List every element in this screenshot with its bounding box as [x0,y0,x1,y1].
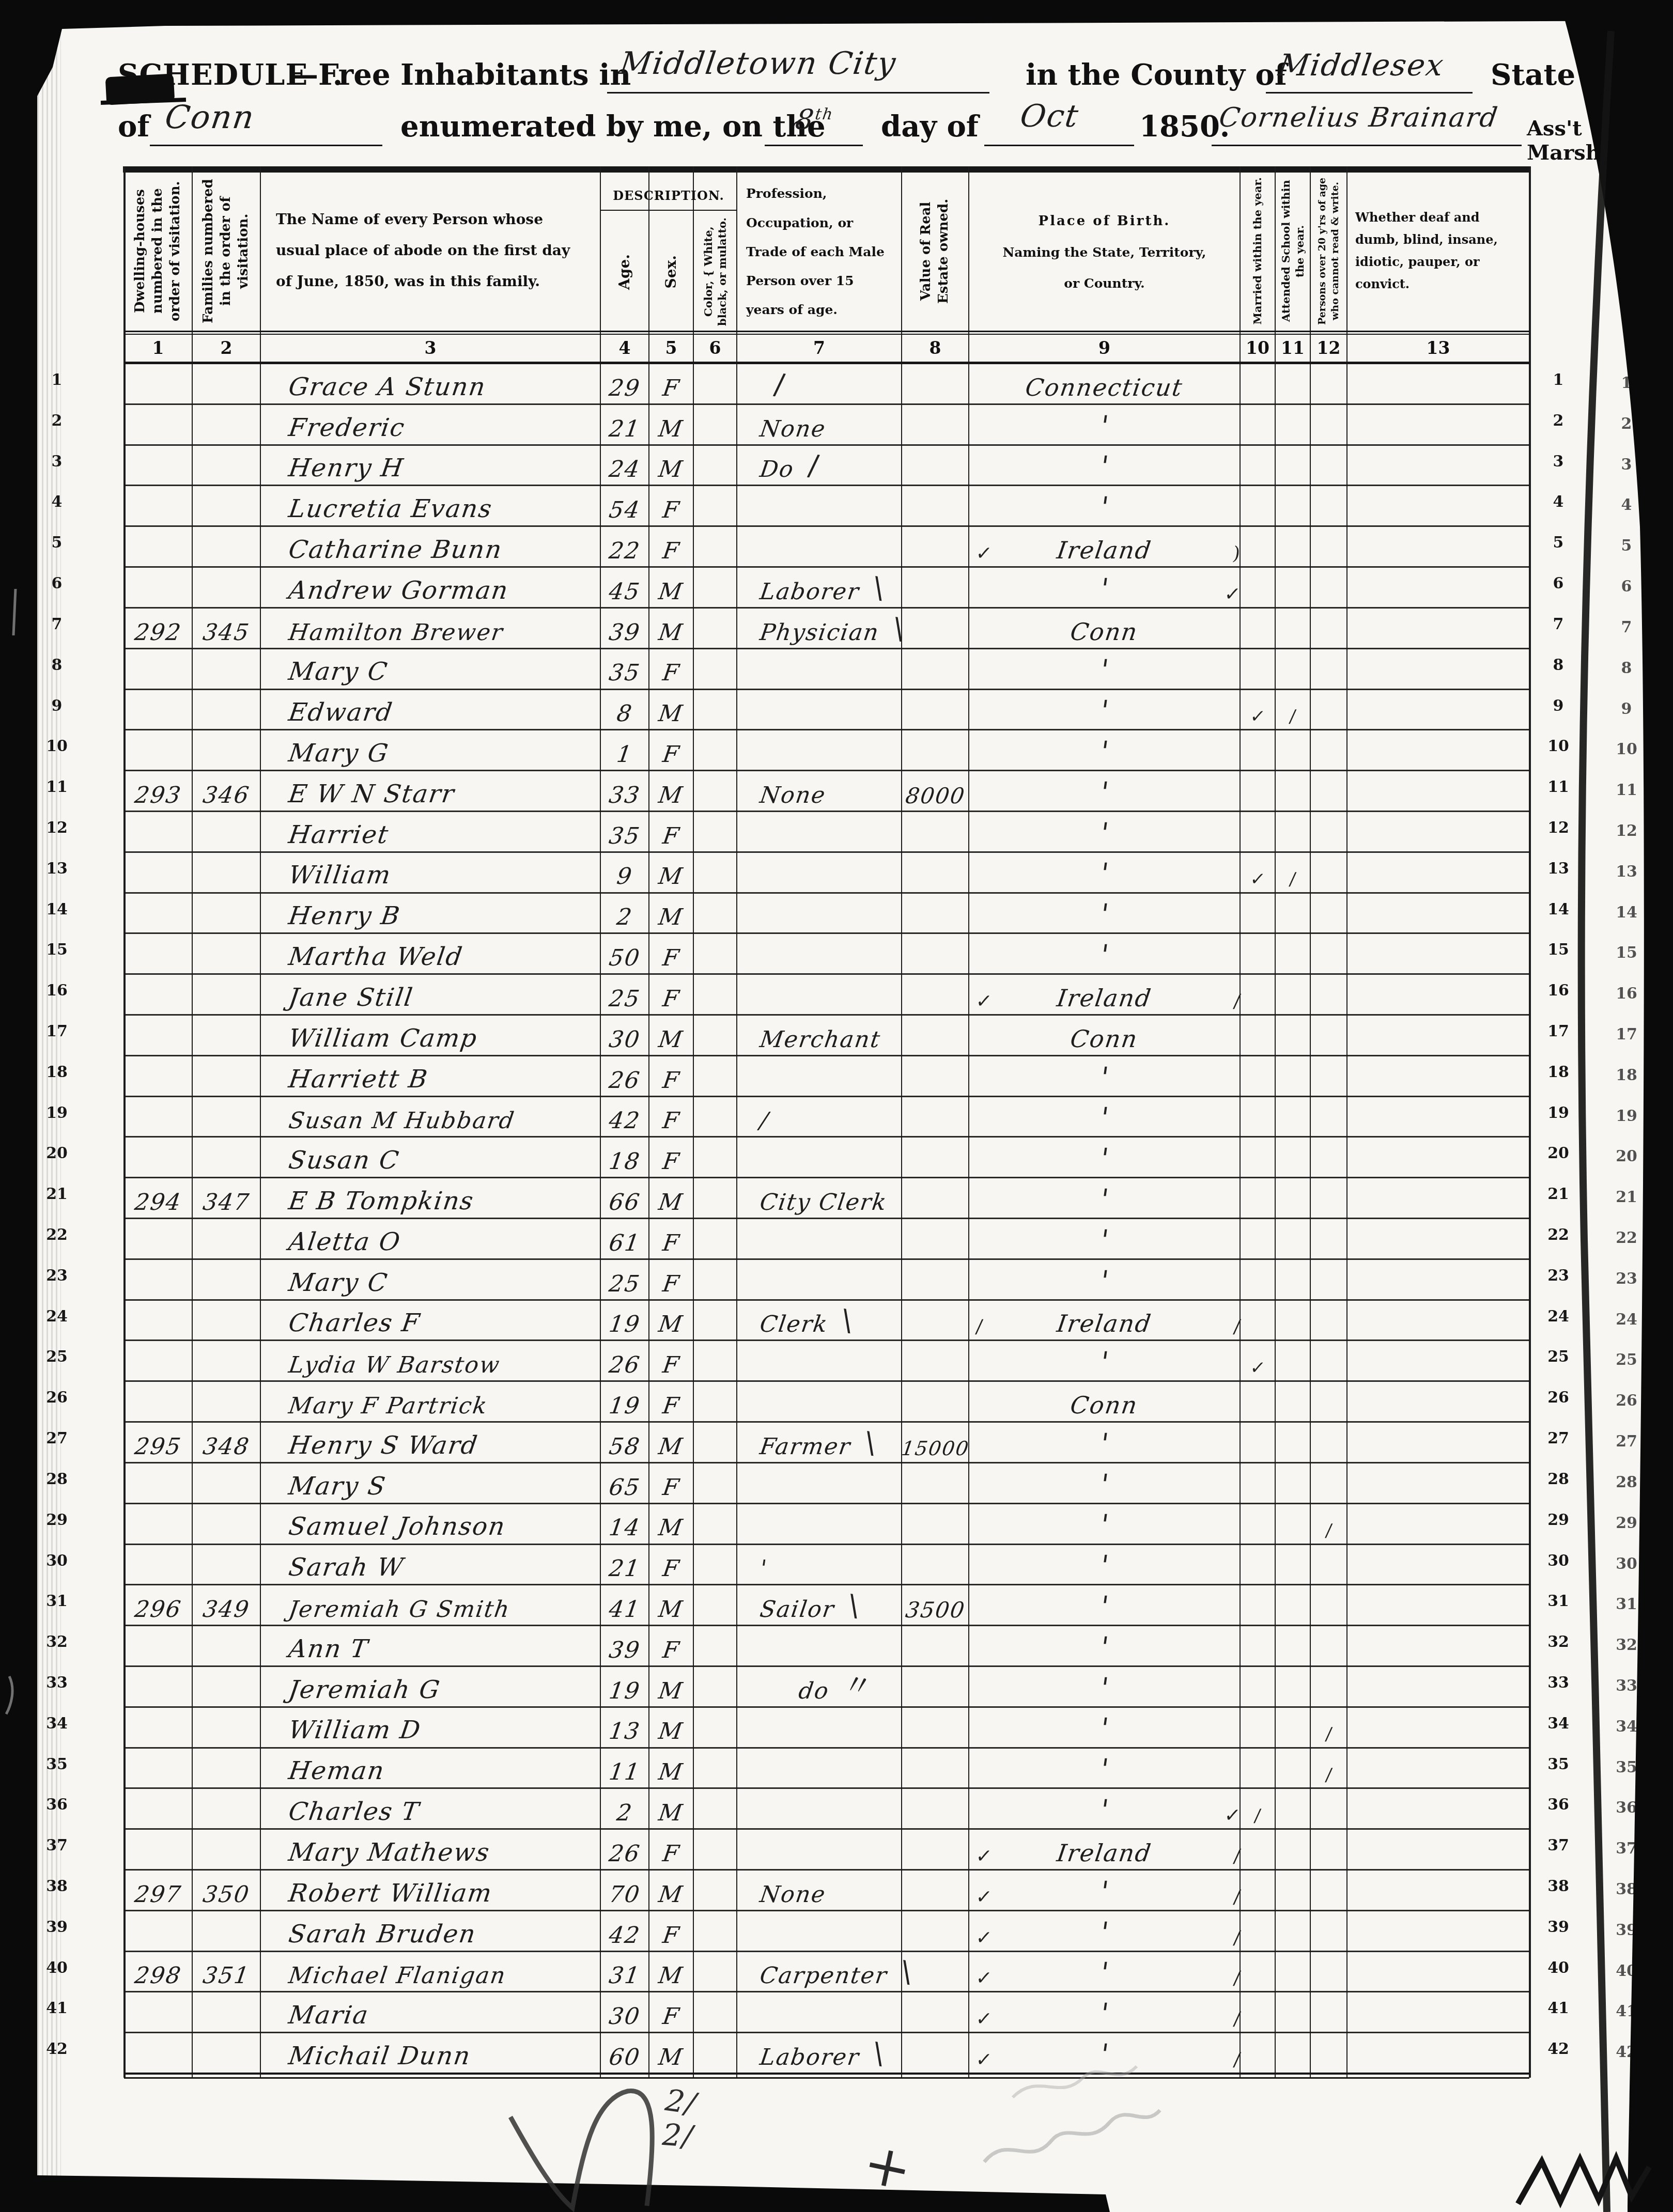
left-row-number-25: 25 [42,1348,71,1366]
col-header-color-label: Color, { White, black, or mulatto. [701,214,730,329]
left-row-number-35: 35 [42,1755,71,1773]
row-9-sex: M [649,681,693,727]
right-ghost-row-number-4: 4 [1611,496,1642,514]
right-row-number-8: 8 [1542,656,1575,674]
state-underline [150,145,382,146]
row-27-real-estate-value-text: 15000 [900,1437,970,1460]
left-row-number-31: 31 [42,1592,71,1610]
right-row-number-19: 19 [1542,1104,1575,1122]
row-42-person-name-text: Michail Dunn [287,2042,473,2070]
row-32-sex: F [649,1617,693,1663]
left-row-number-28: 28 [42,1470,71,1488]
col-header-school-label: Attended School within the year. [1279,176,1307,326]
row-24-occupation-text: Clerk [758,1311,830,1337]
left-row-number-33: 33 [42,1674,71,1692]
marshal-title: Ass't Marshal. [1527,116,1673,165]
col-header-married: Married within the year. [1240,176,1275,326]
row-25-sex: F [649,1332,693,1378]
row-31-real-estate-value: 3500 [902,1577,969,1623]
right-row-number-13: 13 [1542,860,1575,878]
row-34-birth-place: ' [969,1699,1240,1745]
right-row-number-15: 15 [1542,941,1575,959]
row-27-occupation-text: Farmer [758,1434,853,1460]
right-ghost-row-number-31: 31 [1611,1595,1642,1613]
row-16-sex: F [649,966,693,1012]
right-ghost-row-number-1: 1 [1611,374,1642,392]
right-row-number-39: 39 [1542,1918,1575,1936]
right-ghost-row-number-8: 8 [1611,659,1642,677]
row-27-age: 58 [600,1414,649,1460]
right-ghost-row-number-9: 9 [1611,700,1642,718]
row-2-age: 21 [600,396,649,442]
row-26-person-name: Mary F Partrick [260,1373,629,1419]
row-6-age: 45 [600,559,649,605]
col-header-age: Age. [600,217,649,326]
right-row-number-2: 2 [1542,412,1575,430]
row-7-occupation: Physician\ [737,600,925,646]
row-18-birth-place: ' [969,1048,1240,1094]
row-31-occupation: Sailor\ [737,1577,925,1623]
right-row-number-23: 23 [1542,1267,1575,1285]
row-27-occupation: Farmer\ [737,1414,925,1460]
row-13-sex: M [649,844,693,890]
row-31-birth-place: ' [969,1577,1240,1623]
left-row-number-27: 27 [42,1429,71,1447]
left-row-number-22: 22 [42,1226,71,1244]
row-21-occupation-text: City Clerk [758,1189,889,1216]
right-row-number-1: 1 [1542,371,1575,389]
row-40-family-number: 351 [192,1943,260,1989]
left-row-number-5: 5 [42,534,71,552]
col-header-name: The Name of every Person whose usual pla… [276,186,580,315]
row-34-read-write-mark: / [1310,1699,1347,1745]
row-3-age: 24 [600,437,649,483]
row-16-birth-post-mark: / [969,966,1248,1012]
row-10-person-name: Mary G [260,722,629,768]
row-15-birth-place: ' [969,925,1240,971]
row-30-birth-place: ' [969,1536,1240,1582]
row-7-person-name: Hamilton Brewer [260,600,629,646]
row-19-sex: F [649,1088,693,1134]
left-row-number-2: 2 [42,412,71,430]
row-25-married-mark: ✓ [1240,1332,1275,1378]
right-ghost-row-number-36: 36 [1611,1799,1642,1817]
pencil-mark-fraction-top: 2/ [663,2082,699,2122]
row-37-age: 26 [600,1821,649,1867]
row-5-sex: F [649,518,693,564]
right-row-number-7: 7 [1542,615,1575,633]
row-28-person-name: Mary S [260,1455,629,1501]
right-row-number-27: 27 [1542,1429,1575,1447]
row-28-birth-place: ' [969,1455,1240,1501]
row-39-person-name: Sarah Bruden [260,1903,629,1949]
right-ghost-row-number-12: 12 [1611,822,1642,840]
row-1-person-name: Grace A Stunn [260,355,629,401]
table-vertical-rule [192,166,193,2078]
row-3-sex: M [649,437,693,483]
table-vertical-rule [1346,166,1347,2078]
row-2-occupation: None [737,396,925,442]
row-36-person-name: Charles T [260,1780,629,1826]
header-rule-a [124,331,1529,332]
row-18-age: 26 [600,1048,649,1094]
row-9-school-mark: / [1275,681,1310,727]
table-vertical-rule [1310,166,1311,2078]
left-row-number-24: 24 [42,1307,71,1326]
col-number-12: 12 [1310,334,1347,362]
row-6-occupation: Laborer\ [737,559,925,605]
row-36-married-mark: / [1240,1780,1275,1826]
left-row-number-1: 1 [42,371,71,389]
row-13-married-mark-text: ✓ [1249,869,1266,890]
pencil-mark-plus: + [858,2129,918,2204]
row-11-family-number-text: 346 [201,782,251,808]
month-handwritten: Oct [1020,98,1079,134]
left-row-number-12: 12 [42,819,71,837]
right-ghost-row-number-22: 22 [1611,1229,1642,1247]
day-handwritten: 8th [796,103,833,136]
row-25-birth-place: ' [969,1332,1240,1378]
right-ghost-row-number-27: 27 [1611,1432,1642,1451]
right-row-number-18: 18 [1542,1063,1575,1081]
right-ghost-row-number-5: 5 [1611,537,1642,555]
row-37-birth-post-mark: / [969,1821,1248,1867]
row-11-age: 33 [600,762,649,808]
row-6-birth-post-mark: ✓ [969,559,1248,605]
right-ghost-row-number-10: 10 [1611,740,1642,758]
row-34-sex: M [649,1699,693,1745]
row-40-dwelling-number: 298 [124,1943,192,1989]
county-underline [1266,92,1473,94]
row-32-age: 39 [600,1617,649,1663]
row-13-school-mark-text: / [1288,869,1297,890]
left-row-number-42: 42 [42,2040,71,2058]
row-33-person-name: Jeremiah G [260,1658,629,1704]
ghost-ink-squiggle-1 [984,2110,1160,2162]
row-32-person-name: Ann T [260,1617,629,1663]
col-header-profession: Profession, Occupation, or Trade of each… [746,190,892,314]
row-35-person-name: Heman [260,1740,629,1786]
row-30-age: 21 [600,1536,649,1582]
row-17-occupation: Merchant [737,1007,925,1053]
right-ghost-row-number-24: 24 [1611,1311,1642,1329]
row-23-person-name: Mary C [260,1251,629,1297]
row-24-age: 19 [600,1292,649,1338]
row-24-occupation: Clerk\ [737,1292,925,1338]
right-row-number-25: 25 [1542,1348,1575,1366]
left-row-number-9: 9 [42,697,71,715]
col-header-read-write-label: Persons over 20 y'rs of age who cannot r… [1316,176,1341,326]
row-30-occupation: ' [737,1536,925,1582]
bottom-scan-band [0,2175,1110,2212]
row-6-sex: M [649,559,693,605]
left-row-number-13: 13 [42,860,71,878]
row-35-read-write-mark: / [1310,1740,1347,1786]
description-label: DESCRIPTION. [600,185,737,206]
row-30-sex: F [649,1536,693,1582]
left-row-number-18: 18 [42,1063,71,1081]
right-ghost-row-number-32: 32 [1611,1636,1642,1654]
row-21-occupation: City Clerk [737,1170,925,1216]
row-11-occupation: None [737,762,925,808]
table-bottom-rule-b [124,2077,1529,2079]
left-row-number-32: 32 [42,1633,71,1651]
row-2-person-name: Frederic [260,396,629,442]
ghost-ink-squiggle-2 [1013,2066,1137,2097]
right-row-number-31: 31 [1542,1592,1575,1610]
right-row-number-5: 5 [1542,534,1575,552]
row-21-birth-place: ' [969,1170,1240,1216]
row-29-birth-place: ' [969,1496,1240,1541]
row-33-sex: M [649,1658,693,1704]
right-row-number-36: 36 [1542,1796,1575,1814]
row-35-age: 11 [600,1740,649,1786]
row-29-sex: M [649,1496,693,1541]
row-7-occupation-text: Physician [758,619,881,646]
row-4-person-name: Lucretia Evans [260,477,629,523]
row-12-sex: F [649,803,693,849]
right-ghost-row-number-29: 29 [1611,1514,1642,1532]
row-20-age: 18 [600,1129,649,1175]
left-row-number-19: 19 [42,1104,71,1122]
col-header-birth_title: Place of Birth. [1039,205,1171,237]
left-row-number-20: 20 [42,1144,71,1162]
right-ghost-row-number-33: 33 [1611,1677,1642,1695]
row-7-family-number: 345 [192,600,260,646]
row-38-occupation-text: None [758,1881,828,1908]
row-19-occupation-text: / [758,1108,770,1134]
row-31-real-estate-value-text: 3500 [904,1597,967,1623]
left-row-number-7: 7 [42,615,71,633]
col-header-name-label: The Name of every Person whose usual pla… [276,204,580,298]
row-42-birth-post-mark-text: / [1232,2049,1242,2070]
row-7-birth-place: Conn [969,600,1240,646]
row-31-occupation-flourish: \ [847,1588,861,1623]
col-header-married-label: Married within the year. [1250,177,1264,324]
left-row-number-11: 11 [42,778,71,796]
row-39-age: 42 [600,1903,649,1949]
left-row-number-10: 10 [42,737,71,755]
row-27-real-estate-value: 15000 [902,1414,969,1460]
row-40-person-name: Michael Flanigan [260,1943,629,1989]
row-40-family-number-text: 351 [201,1962,251,1989]
right-ghost-row-number-25: 25 [1611,1351,1642,1369]
row-11-dwelling-number-text: 293 [133,782,183,808]
row-33-age: 19 [600,1658,649,1704]
right-ghost-row-number-35: 35 [1611,1758,1642,1777]
row-2-birth-place: ' [969,396,1240,442]
row-8-birth-place: ' [969,641,1240,687]
row-30-person-name: Sarah W [260,1536,629,1582]
col-number-6: 6 [693,334,737,362]
pencil-check-mark [510,2091,652,2208]
row-35-sex: M [649,1740,693,1786]
left-row-number-3: 3 [42,453,71,471]
left-row-number-23: 23 [42,1267,71,1285]
col-header-birth_sub2: or Country. [1064,268,1145,299]
row-27-dwelling-number-text: 295 [133,1434,183,1460]
row-20-birth-place: ' [969,1129,1240,1175]
row-40-sex: M [649,1943,693,1989]
binding-curve-line [1582,31,1611,2212]
row-1-birth-place: Connecticut [969,355,1240,401]
row-29-person-name: Samuel Johnson [260,1496,629,1541]
row-25-age: 26 [600,1332,649,1378]
row-39-birth-post-mark: / [969,1903,1248,1949]
right-row-number-14: 14 [1542,900,1575,918]
col-header-school: Attended School within the year. [1275,176,1310,326]
col-header-value-label: Value of Real Estate owned. [918,176,953,326]
row-29-read-write-mark-text: / [1324,1520,1333,1541]
table-vertical-rule [1529,166,1531,2078]
right-row-number-33: 33 [1542,1674,1575,1692]
city-handwritten: Middletown City [620,45,896,82]
row-9-birth-place: ' [969,681,1240,727]
right-ghost-row-number-39: 39 [1611,1921,1642,1939]
row-12-birth-place: ' [969,803,1240,849]
col-number-1: 1 [124,334,192,362]
left-row-number-21: 21 [42,1185,71,1203]
row-7-dwelling-number-text: 292 [133,619,183,646]
row-31-dwelling-number-text: 296 [133,1596,183,1623]
state-handwritten: Conn [165,98,255,136]
right-row-number-21: 21 [1542,1185,1575,1203]
row-11-birth-place: ' [969,762,1240,808]
table-top-bar [123,166,1530,173]
row-26-birth-place: Conn [969,1373,1240,1419]
row-1-sex: F [649,355,693,401]
left-row-number-39: 39 [42,1918,71,1936]
row-34-person-name: William D [260,1699,629,1745]
row-14-birth-place: ' [969,885,1240,931]
title-state-word: State [1491,58,1575,92]
row-18-person-name: Harriett B [260,1048,629,1094]
row-11-person-name: E W N Starr [260,762,629,808]
row-28-age: 65 [600,1455,649,1501]
row-31-sex: M [649,1577,693,1623]
col-header-age-label: Age. [615,254,634,290]
right-ghost-row-number-18: 18 [1611,1066,1642,1084]
row-5-birth-post-mark: ) [969,518,1248,564]
row-9-school-mark-text: / [1288,706,1297,727]
row-38-person-name: Robert William [260,1862,629,1908]
row-38-birth-post-mark: / [969,1862,1248,1908]
left-row-number-37: 37 [42,1836,71,1855]
row-9-person-name: Edward [260,681,629,727]
signature-underline [1212,145,1522,146]
row-31-person-name: Jeremiah G Smith [260,1577,629,1623]
row-27-birth-place: ' [969,1414,1240,1460]
right-row-number-41: 41 [1542,1999,1575,2017]
row-14-age: 2 [600,885,649,931]
row-9-age: 8 [600,681,649,727]
left-row-number-34: 34 [42,1715,71,1733]
row-10-age: 1 [600,722,649,768]
row-42-age-text: 60 [607,2044,642,2070]
row-38-occupation: None [737,1862,925,1908]
row-38-dwelling-number: 297 [124,1862,192,1908]
row-33-birth-place: ' [969,1658,1240,1704]
row-3-occupation-flourish: / [806,448,820,483]
right-ghost-row-number-6: 6 [1611,578,1642,596]
row-37-person-name: Mary Mathews [260,1821,629,1867]
row-8-age: 35 [600,641,649,687]
right-row-number-11: 11 [1542,778,1575,796]
left-row-number-16: 16 [42,982,71,1000]
row-23-age: 25 [600,1251,649,1297]
right-ghost-row-number-34: 34 [1611,1718,1642,1736]
row-40-occupation-flourish: \ [900,1955,914,1989]
right-row-number-17: 17 [1542,1022,1575,1040]
row-36-married-mark-text: / [1253,1805,1262,1826]
row-12-age: 35 [600,803,649,849]
right-ghost-row-number-3: 3 [1611,456,1642,474]
row-7-age: 39 [600,600,649,646]
row-27-occupation-flourish: \ [863,1426,877,1460]
left-binding-strip [0,0,37,2212]
col-header-dwellings: Dwelling-houses numbered in the order of… [124,176,192,326]
col-header-sex-label: Sex. [662,255,680,288]
row-31-family-number-text: 349 [201,1596,251,1623]
row-13-school-mark: / [1275,844,1310,890]
row-12-person-name: Harriet [260,803,629,849]
day-underline [765,145,863,146]
right-row-number-37: 37 [1542,1836,1575,1855]
right-ghost-row-number-21: 21 [1611,1188,1642,1206]
right-ghost-row-number-11: 11 [1611,781,1642,799]
right-row-number-28: 28 [1542,1470,1575,1488]
row-2-sex: M [649,396,693,442]
right-ghost-row-number-23: 23 [1611,1270,1642,1288]
row-24-birth-post-mark: / [969,1292,1248,1338]
row-24-occupation-flourish: \ [840,1303,855,1338]
row-42-birth-post-mark: / [969,2024,1248,2070]
left-row-number-6: 6 [42,574,71,593]
right-ghost-row-number-37: 37 [1611,1840,1642,1858]
row-21-family-number: 347 [192,1170,260,1216]
county-handwritten: Middlesex [1279,48,1444,83]
row-41-person-name: Maria [260,1984,629,2030]
title-in-county-of: in the County of [1026,58,1287,92]
row-7-family-number-text: 345 [201,619,251,646]
row-38-family-number-text: 350 [201,1881,251,1908]
row-27-sex: M [649,1414,693,1460]
row-1-age: 29 [600,355,649,401]
row-7-dwelling-number: 292 [124,600,192,646]
row-11-real-estate-value-text: 8000 [904,783,967,808]
title-of-word: of [118,110,149,144]
description-underline [600,210,737,211]
row-8-sex: F [649,641,693,687]
col-header-condition-label: Whether deaf and dumb, blind, insane, id… [1355,206,1521,295]
row-27-dwelling-number: 295 [124,1414,192,1460]
row-29-read-write-mark: / [1310,1496,1347,1541]
row-21-sex: M [649,1170,693,1216]
left-row-number-15: 15 [42,941,71,959]
row-25-person-name: Lydia W Barstow [260,1332,629,1378]
right-ghost-row-number-26: 26 [1611,1392,1642,1410]
left-row-number-14: 14 [42,900,71,918]
month-underline [984,145,1134,146]
col-header-families-label: Families numbered in the order of visita… [200,176,252,326]
row-15-sex: F [649,925,693,971]
row-38-sex: M [649,1862,693,1908]
title-day-of: day of [881,110,979,144]
row-33-occupation-flourish: 〃 [841,1661,875,1706]
census-scan-page: SCHEDULE I. —Free Inhabitants in Middlet… [0,0,1673,2212]
col-header-dwellings-label: Dwelling-houses numbered in the order of… [132,176,184,326]
city-underline [607,92,989,94]
